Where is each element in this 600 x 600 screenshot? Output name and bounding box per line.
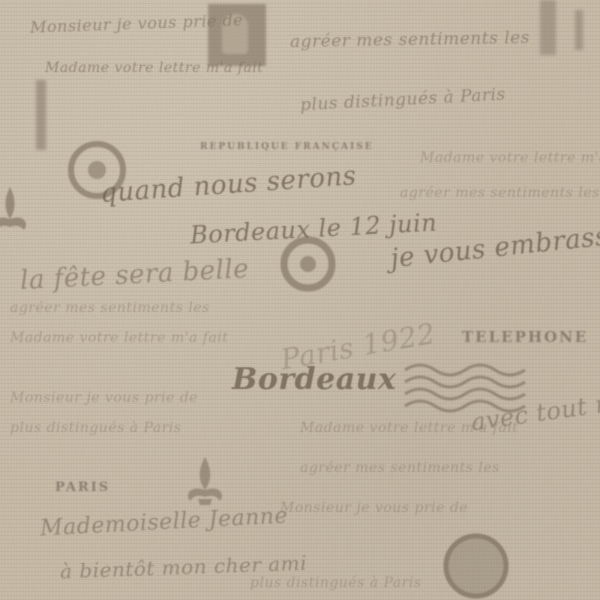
stamp-text-paris: PARIS [55, 480, 110, 495]
script-filler: Monsieur je vous prie de [280, 500, 468, 516]
script-filler: plus distingués à Paris [10, 420, 182, 436]
script-filler: agréer mes sentiments les [10, 300, 210, 316]
script-filler: Monsieur je vous prie de [10, 390, 198, 406]
script-filler: agréer mes sentiments les [300, 460, 500, 476]
vertical-stroke [575, 10, 583, 50]
script-filler: Madame votre lettre m'a fait [420, 150, 600, 166]
script-filler: Madame votre lettre m'a fait [10, 330, 228, 346]
script-filler: agréer mes sentiments les [400, 185, 600, 201]
script-filler: plus distingués à Paris [250, 575, 422, 591]
postmark-circle-icon [440, 520, 520, 600]
script-line: agréer mes sentiments les [290, 28, 530, 52]
script-filler: Madame votre lettre m'a fait [300, 420, 518, 436]
script-fabric-texture: TELEPHONE PARIS REPUBLIQUE FRANÇAISE Bor… [0, 0, 600, 600]
script-line: Madame votre lettre m'a fait [45, 60, 263, 76]
stamp-text-telephone: TELEPHONE [462, 328, 588, 346]
stamp-text-republique: REPUBLIQUE FRANÇAISE [200, 142, 374, 152]
vertical-stroke [540, 0, 556, 55]
vertical-stroke [36, 80, 46, 150]
fleur-de-lis-icon [0, 185, 30, 245]
